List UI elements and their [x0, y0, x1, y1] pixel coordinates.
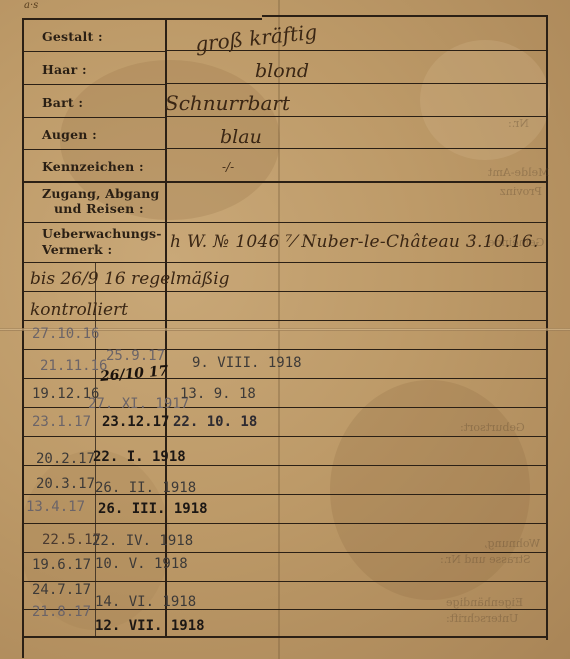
stamp-date: 22. IV. 1918 [92, 533, 193, 549]
rule [167, 83, 546, 84]
label-kennzeichen: Kennzeichen : [42, 159, 144, 174]
ghost-text: Melde-Amt [488, 166, 549, 179]
label-augen: Augen : [42, 127, 97, 142]
note-line1: bis 26/9 16 regelmäßig [30, 269, 230, 289]
stamp-date: 12. VII. 1918 [95, 618, 205, 634]
stamp-date: 20.3.17 [36, 476, 95, 492]
rule [24, 291, 546, 292]
label-haar: Haar : [42, 62, 87, 77]
ghost-text: Eigenhändige [446, 596, 523, 609]
ghost-text: Nr.: [508, 117, 529, 130]
rule [24, 51, 165, 52]
rule [24, 465, 546, 466]
rule [22, 181, 547, 183]
value-surveillance: h W. № 1046 ⁷⁄ Nuber-le-Château 3.10.16. [170, 232, 539, 252]
corner-mark: a·s [24, 0, 38, 11]
stamp-date: 21.8.17 [32, 604, 91, 620]
stamp-date: 10. V. 1918 [95, 556, 188, 572]
stamp-date: 27.10.16 [32, 326, 99, 342]
ghost-text: Unterschrift: [446, 612, 518, 625]
frame-bottom [22, 636, 548, 638]
value-kennzeichen: -/- [222, 160, 234, 174]
stain [420, 40, 550, 160]
rule [24, 581, 546, 582]
stamp-date: 25.9.17 [106, 348, 165, 364]
stamp-date: 19.6.17 [32, 557, 91, 573]
ghost-text: Strasse und Nr.: [440, 553, 531, 566]
ghost-text: Provinz [500, 185, 542, 198]
value-haar: blond [255, 60, 309, 82]
stamp-date: 21.11.16 [40, 358, 107, 374]
stain [330, 380, 530, 600]
ghost-text: Wohnung, [484, 537, 540, 550]
rule [24, 149, 165, 150]
rule [24, 222, 546, 223]
ghost-text: Gemeinde [488, 236, 544, 249]
label-ueberwachung-line2: Vermerk : [42, 242, 112, 257]
value-augen: blau [220, 126, 262, 148]
stamp-date: 23.12.17 [102, 414, 169, 430]
rule [167, 116, 546, 117]
note-line2: kontrolliert [30, 300, 128, 320]
rule [24, 436, 546, 437]
ghost-text: Geburtsort: [460, 421, 525, 434]
stamp-date: 27. XI. 1917 [88, 396, 189, 412]
frame-top-right [262, 15, 547, 17]
rule [24, 84, 165, 85]
frame-left [22, 18, 24, 658]
rule [167, 148, 546, 149]
stamp-date: 22. I. 1918 [93, 449, 186, 465]
rule [24, 523, 546, 524]
stamp-date: 26. II. 1918 [95, 480, 196, 496]
stamp-date: 9. VIII. 1918 [192, 355, 302, 371]
label-gestalt: Gestalt : [42, 29, 103, 44]
label-zugang-line1: Zugang, Abgang [42, 186, 160, 201]
stamp-date: 14. VI. 1918 [95, 594, 196, 610]
stamp-date: 20.2.17 [36, 451, 95, 467]
stamp-date: 22. 10. 18 [173, 414, 257, 430]
stamp-date: 13.4.17 [26, 499, 85, 515]
rule [24, 262, 546, 263]
rule [24, 117, 165, 118]
label-zugang-line2: und Reisen : [54, 201, 144, 216]
stamp-date: 13. 9. 18 [180, 386, 256, 402]
frame-top [22, 18, 262, 20]
handwritten-date: 26/10 17 [99, 363, 169, 385]
stamp-date: 26. III. 1918 [98, 501, 208, 517]
stamp-date: 23.1.17 [32, 414, 91, 430]
rule [24, 320, 546, 321]
label-ueberwachung-line1: Ueberwachungs- [42, 226, 162, 241]
value-bart: Schnurrbart [165, 91, 290, 115]
rule [24, 349, 546, 350]
stamp-date: 24.7.17 [32, 582, 91, 598]
label-bart: Bart : [42, 95, 83, 110]
